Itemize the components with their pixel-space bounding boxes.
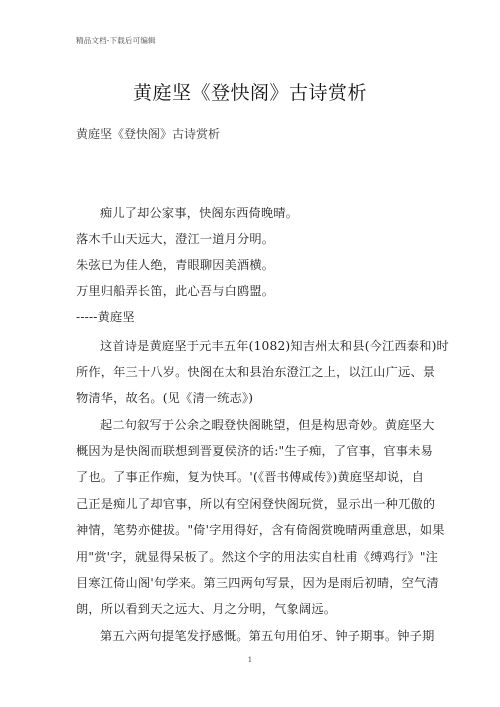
body-line: 这首诗是黄庭坚于元丰五年(1082)知吉州太和县(今江西泰和)时 [100, 337, 450, 354]
poem-line: 落木千山天远大，澄江一道月分明。 [76, 230, 426, 247]
poem-author: -----黄庭坚 [76, 308, 426, 325]
body-line: 目寒江倚山阁'句学来。第三四两句写景，因为是雨后初晴，空气清 [76, 574, 426, 591]
body-line: 己正是痴儿了却官事，所以有空闲登快阁玩赏，显示出一种兀傲的 [76, 495, 426, 512]
body-line: 朗，所以看到天之远大、月之分明，气象阔远。 [76, 600, 426, 617]
document-title: 黄庭坚《登快阁》古诗赏析 [0, 78, 500, 105]
body-line: 起二句叙写于公余之暇登快阁眺望，但是构思奇妙。黄庭坚大 [100, 416, 450, 433]
body-line: 用"赏'字，就显得呆板了。然这个字的用法实自杜甫《缚鸡行》"注 [76, 548, 426, 565]
body-line: 神情，笔势亦健拔。"倚'字用得好，含有倚阁赏晚晴两重意思，如果 [76, 521, 426, 538]
page-number: 1 [0, 656, 500, 664]
document-subtitle: 黄庭坚《登快阁》古诗赏析 [76, 125, 220, 142]
body-line: 概因为是快阁而联想到晋夏侯济的话:"生子痴，了官事，官事未易 [76, 442, 426, 459]
page-header: 精品文档-下载后可编辑 [76, 35, 156, 46]
body-line: 物清华，故名。(见《清一统志》) [76, 389, 426, 406]
poem-line: 痴儿了却公家事，快阁东西倚晚晴。 [100, 204, 450, 221]
body-line: 所作，年三十八岁。快阁在太和县治东澄江之上，以江山广远、景 [76, 363, 426, 380]
body-line: 了也。了事正作痴，复为快耳。'(《晋书傅咸传》)黄庭坚却说，自 [76, 468, 426, 485]
poem-line: 朱弦已为佳人绝，青眼聊因美酒横。 [76, 256, 426, 273]
body-line: 第五六两句提笔发抒感慨。第五句用伯牙、钟子期事。钟子期 [100, 627, 450, 644]
poem-line: 万里归船弄长笛，此心吾与白鸥盟。 [76, 282, 426, 299]
